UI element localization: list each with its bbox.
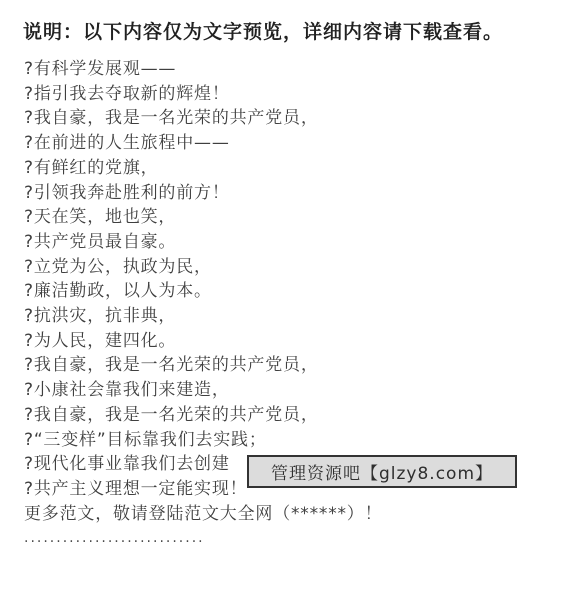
document-preview-page: 说明：以下内容仅为文字预览，详细内容请下载查看。 ?有科学发展观—— ?指引我去… xyxy=(0,0,578,600)
ellipsis-line: ............................ xyxy=(24,526,564,551)
watermark-badge: 管理资源吧【glzy8.com】 xyxy=(247,455,517,488)
text-line: ?小康社会靠我们来建造， xyxy=(24,378,564,403)
text-line: ?指引我去夺取新的辉煌！ xyxy=(24,82,564,107)
text-line: ?天在笑，地也笑， xyxy=(24,205,564,230)
text-line: ?引领我奔赴胜利的前方！ xyxy=(24,181,564,206)
text-line: 更多范文，敬请登陆范文大全网（******）！ xyxy=(24,502,564,527)
preview-notice: 说明：以下内容仅为文字预览，详细内容请下载查看。 xyxy=(23,17,503,44)
text-line: ?抗洪灾，抗非典， xyxy=(24,304,564,329)
text-line: ?立党为公，执政为民， xyxy=(24,255,564,280)
text-line: ?我自豪，我是一名光荣的共产党员， xyxy=(24,353,564,378)
text-line: ?有科学发展观—— xyxy=(24,57,564,82)
text-line: ?共产党员最自豪。 xyxy=(24,230,564,255)
text-line: ?为人民，建四化。 xyxy=(24,329,564,354)
watermark-text: 管理资源吧【glzy8.com】 xyxy=(271,459,493,484)
text-line: ?有鲜红的党旗， xyxy=(24,156,564,181)
text-line: ?廉洁勤政，以人为本。 xyxy=(24,279,564,304)
text-line: ?我自豪，我是一名光荣的共产党员， xyxy=(24,403,564,428)
text-line: ?在前进的人生旅程中—— xyxy=(24,131,564,156)
text-line: ?“三变样”目标靠我们去实践； xyxy=(24,428,564,453)
text-line: ?我自豪，我是一名光荣的共产党员， xyxy=(24,106,564,131)
